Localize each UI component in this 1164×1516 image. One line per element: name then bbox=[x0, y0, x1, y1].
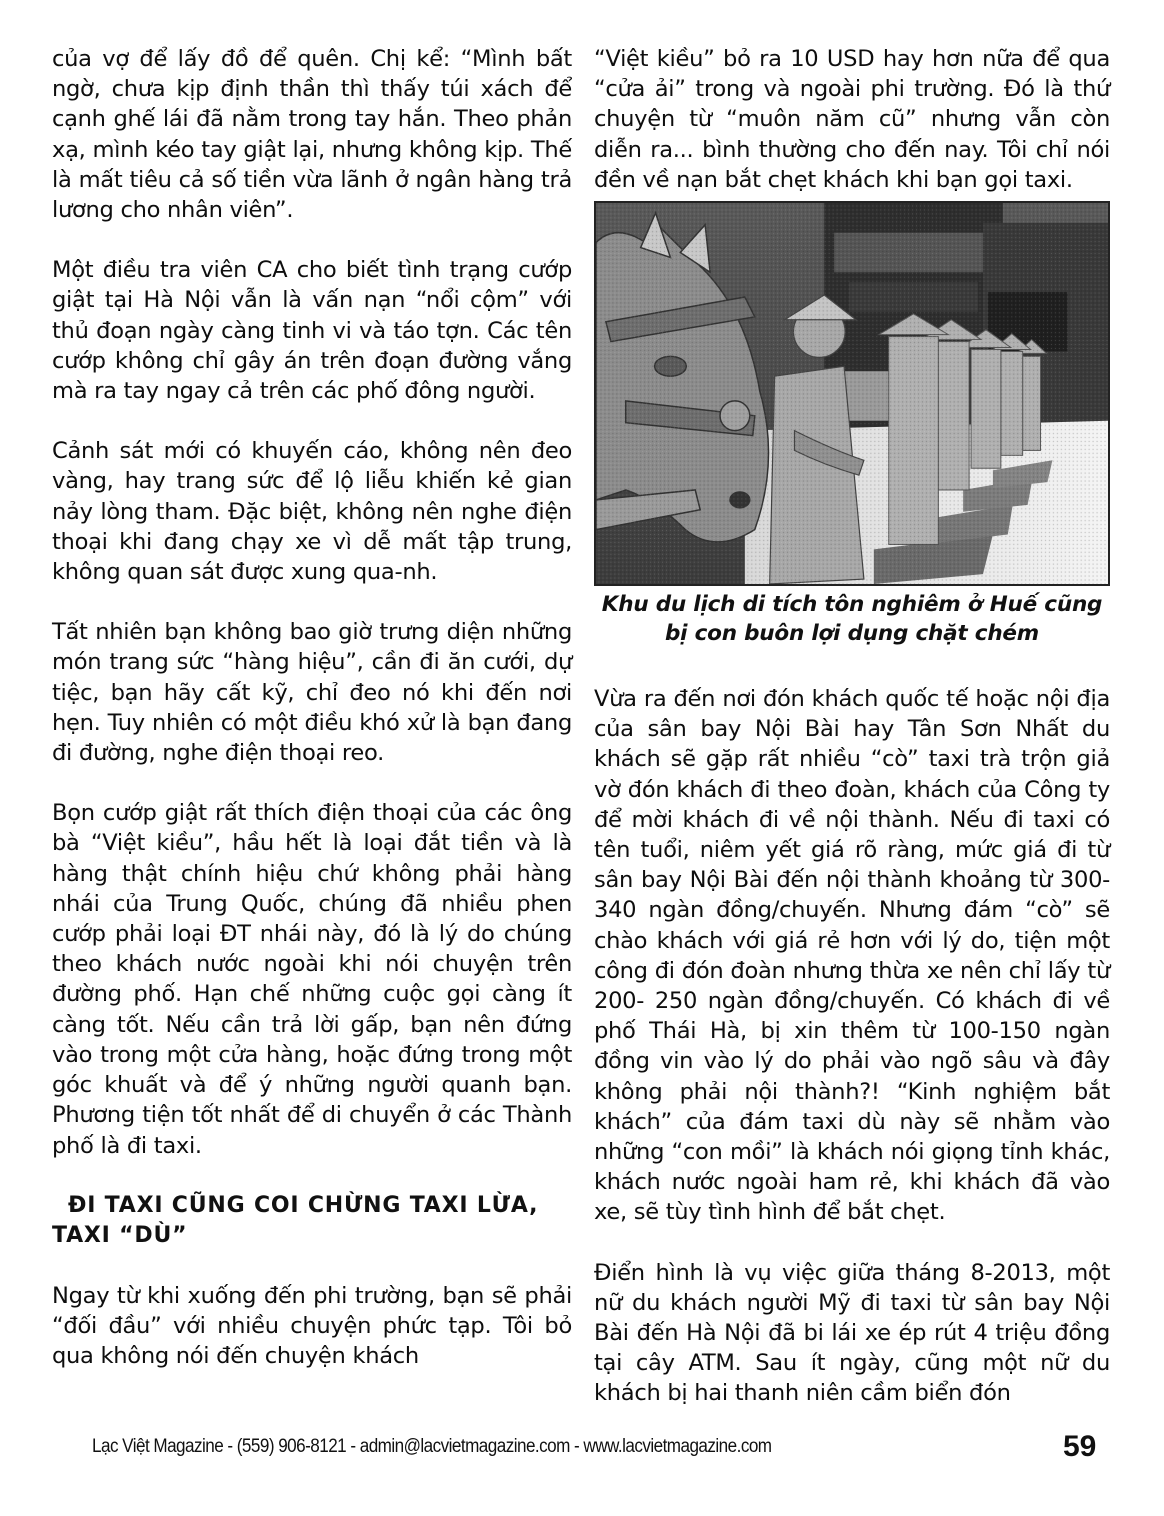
paragraph: Một điều tra viên CA cho biết tình trạng… bbox=[52, 255, 572, 406]
hue-statues-photo bbox=[594, 201, 1110, 586]
paragraph: của vợ để lấy đồ để quên. Chị kể: “Mình … bbox=[52, 44, 572, 225]
page-number: 59 bbox=[1063, 1430, 1096, 1464]
right-column: “Việt kiều” bỏ ra 10 USD hay hơn nữa để … bbox=[594, 44, 1110, 1439]
page-footer: Lạc Việt Magazine - (559) 906-8121 - adm… bbox=[0, 1430, 1164, 1470]
paragraph: “Việt kiều” bỏ ra 10 USD hay hơn nữa để … bbox=[594, 44, 1110, 195]
section-heading: ĐI TAXI CŨNG COI CHỪNG TAXI LỪA, TAXI “D… bbox=[52, 1191, 572, 1251]
footer-contact-info: Lạc Việt Magazine - (559) 906-8121 - adm… bbox=[92, 1436, 772, 1458]
paragraph: Tất nhiên bạn không bao giờ trưng diện n… bbox=[52, 617, 572, 768]
paragraph: Cảnh sát mới có khuyến cáo, không nên đe… bbox=[52, 436, 572, 587]
paragraph: Bọn cướp giật rất thích điện thoại của c… bbox=[52, 798, 572, 1160]
photo-illustration-icon bbox=[596, 203, 1108, 584]
magazine-page: của vợ để lấy đồ để quên. Chị kể: “Mình … bbox=[0, 0, 1164, 1516]
photo-caption: Khu du lịch di tích tôn nghiêm ở Huế cũn… bbox=[594, 590, 1110, 648]
left-column: của vợ để lấy đồ để quên. Chị kể: “Mình … bbox=[52, 44, 572, 1401]
paragraph: Điển hình là vụ việc giữa tháng 8-2013, … bbox=[594, 1258, 1110, 1409]
photo-figure: Khu du lịch di tích tôn nghiêm ở Huế cũn… bbox=[594, 201, 1110, 648]
paragraph: Ngay từ khi xuống đến phi trường, bạn sẽ… bbox=[52, 1281, 572, 1372]
paragraph: Vừa ra đến nơi đón khách quốc tế hoặc nộ… bbox=[594, 684, 1110, 1228]
